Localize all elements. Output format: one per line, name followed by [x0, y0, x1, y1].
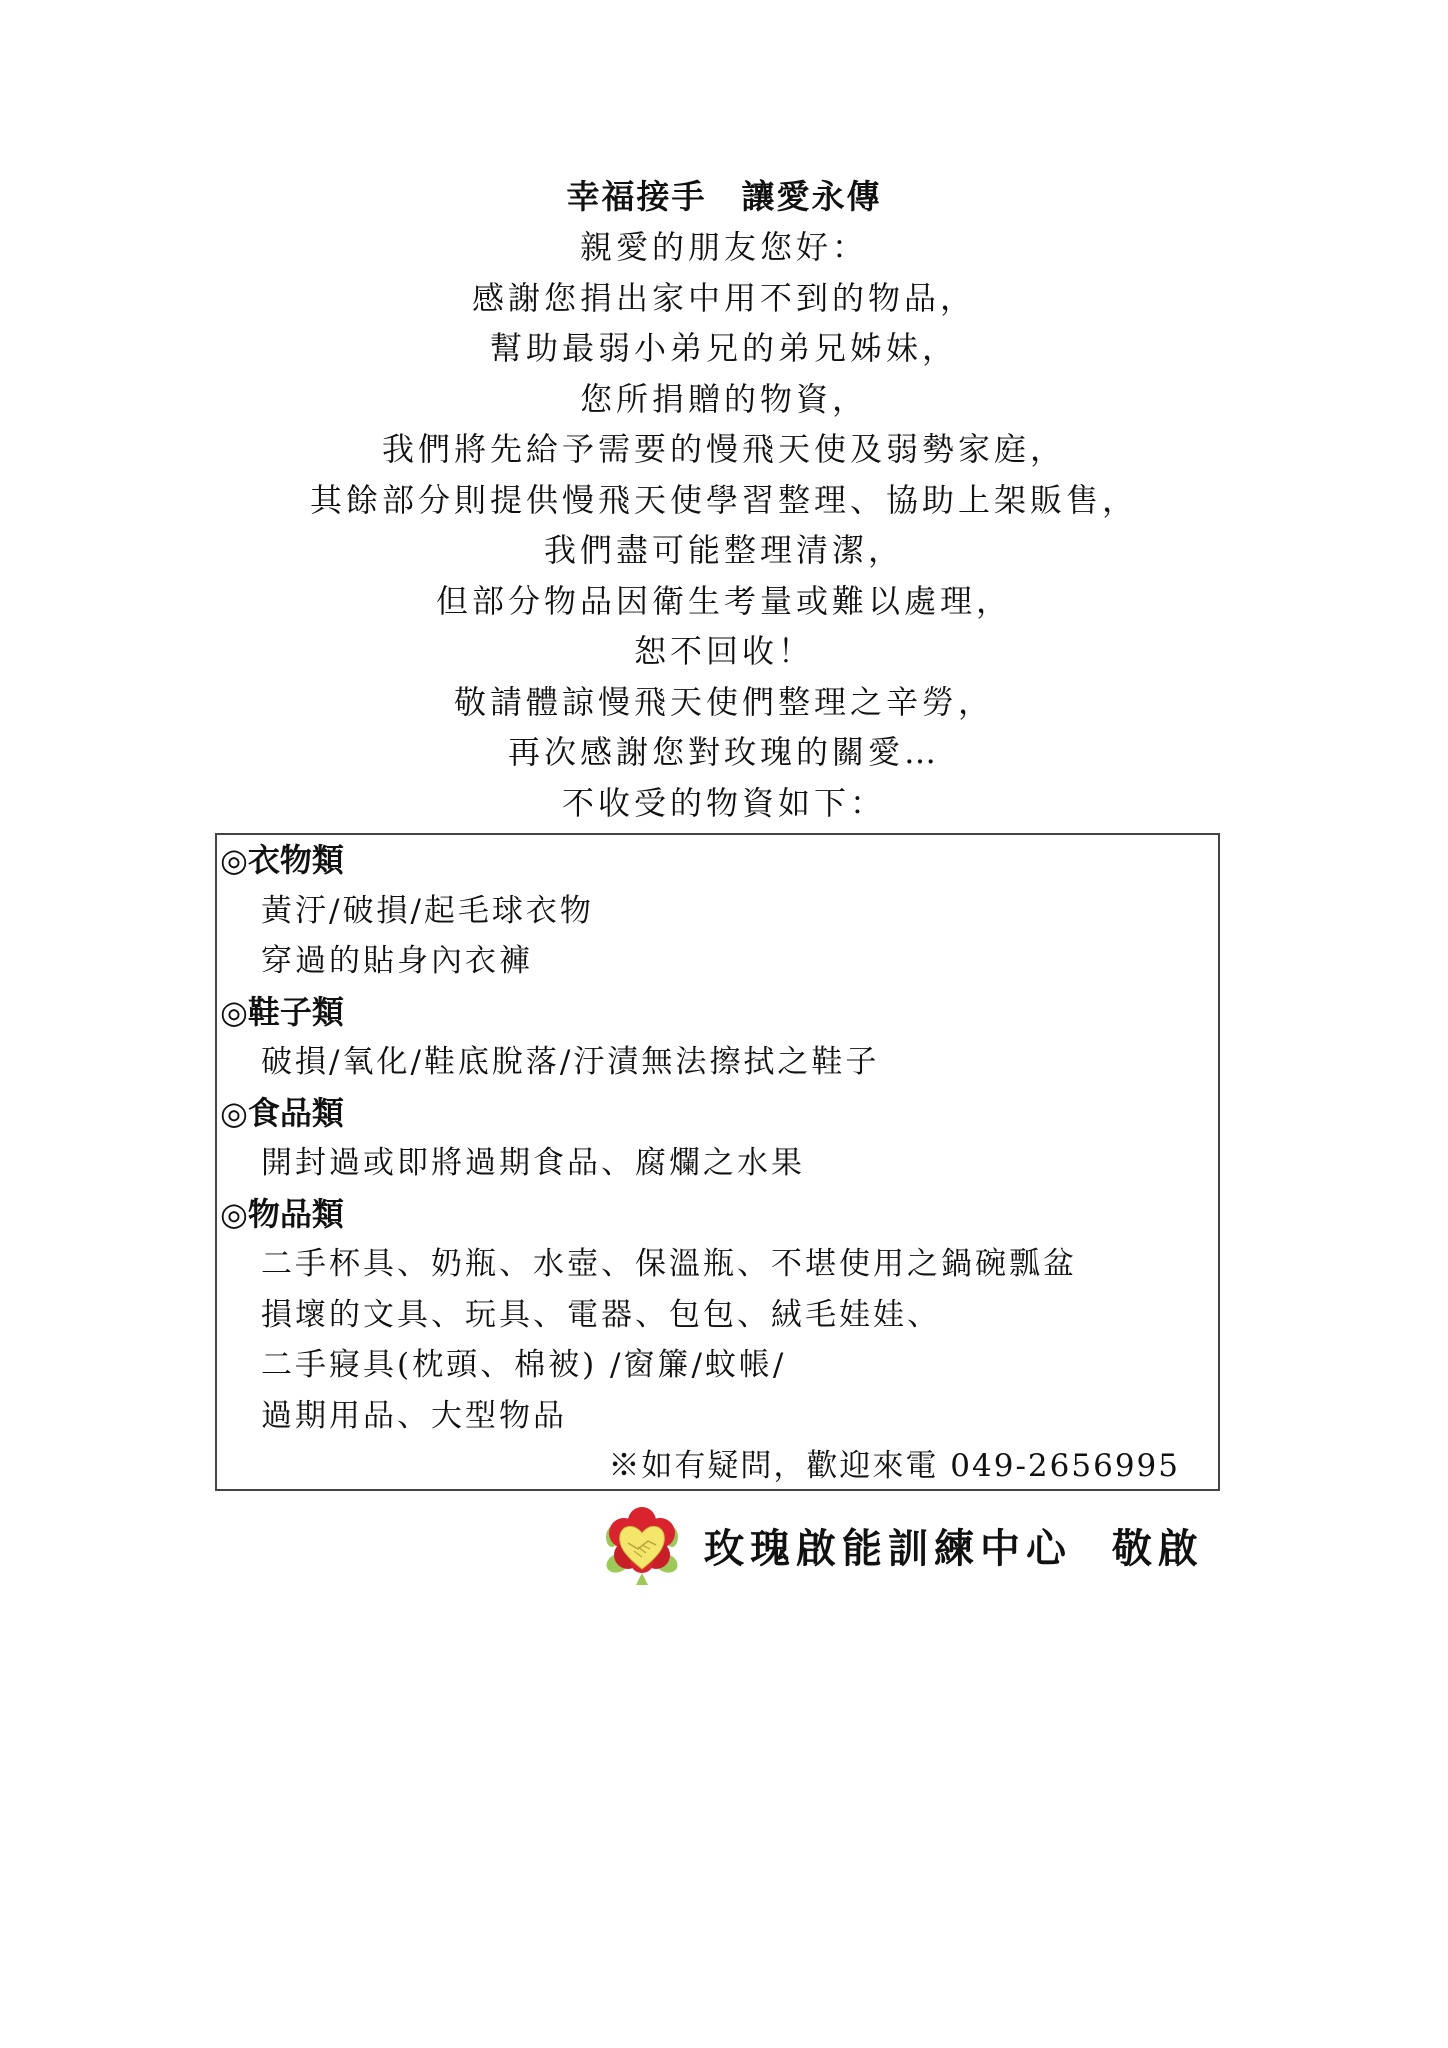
double-circle-icon: ◎ — [220, 1195, 248, 1233]
intro-line: 感謝您捐出家中用不到的物品， — [0, 273, 1448, 324]
contact-phone-note: ※如有疑問，歡迎來電 049-2656995 — [217, 1441, 1218, 1491]
intro-line: 我們盡可能整理清潔， — [0, 525, 1448, 576]
double-circle-icon: ◎ — [220, 841, 248, 879]
document-title: 幸福接手 讓愛永傳 — [0, 172, 1448, 222]
intro-line: 再次感謝您對玫瑰的關愛… — [0, 727, 1448, 778]
double-circle-icon: ◎ — [220, 1094, 248, 1132]
intro-line: 幫助最弱小弟兄的弟兄姊妹， — [0, 323, 1448, 374]
list-item: 黃汙/破損/起毛球衣物 — [217, 886, 1218, 937]
category-heading-goods: ◎物品類 — [217, 1189, 1218, 1240]
list-item: 二手寢具(枕頭、棉被) /窗簾/蚊帳/ — [217, 1340, 1218, 1391]
intro-line: 敬請體諒慢飛天使們整理之辛勞， — [0, 677, 1448, 728]
intro-line: 您所捐贈的物資， — [0, 374, 1448, 425]
list-item: 二手杯具、奶瓶、水壺、保溫瓶、不堪使用之鍋碗瓢盆 — [217, 1239, 1218, 1290]
intro-line: 但部分物品因衛生考量或難以處理， — [0, 576, 1448, 627]
category-heading-food: ◎食品類 — [217, 1088, 1218, 1139]
category-name: 衣物類 — [248, 841, 344, 879]
intro-line: 其餘部分則提供慢飛天使學習整理、協助上架販售， — [0, 475, 1448, 526]
organization-name: 玫瑰啟能訓練中心 敬啟 — [704, 1517, 1204, 1574]
list-item: 穿過的貼身內衣褲 — [217, 936, 1218, 987]
rejected-items-box: ◎衣物類 黃汙/破損/起毛球衣物 穿過的貼身內衣褲 ◎鞋子類 破損/氧化/鞋底脫… — [215, 833, 1220, 1491]
intro-line: 不收受的物資如下： — [0, 778, 1448, 829]
category-heading-shoes: ◎鞋子類 — [217, 987, 1218, 1038]
category-heading-clothing: ◎衣物類 — [217, 835, 1218, 886]
rose-handshake-logo-icon — [604, 1503, 680, 1587]
list-item: 開封過或即將過期食品、腐爛之水果 — [217, 1138, 1218, 1189]
category-name: 物品類 — [248, 1195, 344, 1233]
intro-line: 恕不回收！ — [0, 626, 1448, 677]
category-name: 食品類 — [248, 1094, 344, 1132]
list-item: 破損/氧化/鞋底脫落/汙漬無法擦拭之鞋子 — [217, 1037, 1218, 1088]
intro-line: 我們將先給予需要的慢飛天使及弱勢家庭， — [0, 424, 1448, 475]
list-item: 損壞的文具、玩具、電器、包包、絨毛娃娃、 — [217, 1290, 1218, 1341]
category-name: 鞋子類 — [248, 993, 344, 1031]
intro-section: 幸福接手 讓愛永傳 親愛的朋友您好： 感謝您捐出家中用不到的物品， 幫助最弱小弟… — [0, 172, 1448, 828]
double-circle-icon: ◎ — [220, 993, 248, 1031]
signature: 玫瑰啟能訓練中心 敬啟 — [604, 1500, 1204, 1590]
list-item: 過期用品、大型物品 — [217, 1391, 1218, 1442]
intro-line: 親愛的朋友您好： — [0, 222, 1448, 273]
